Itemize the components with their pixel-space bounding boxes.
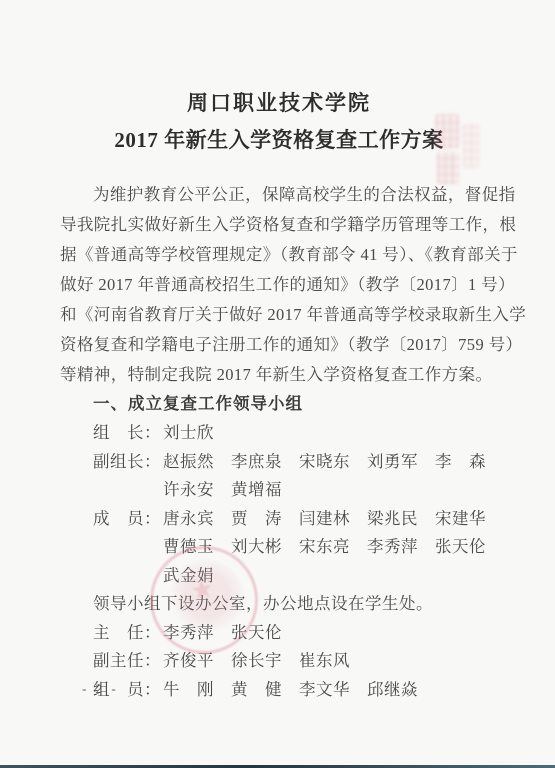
roster-role-label: 副组长：: [93, 448, 163, 477]
roster-role-label: [93, 562, 163, 591]
document-content: 周口职业技术学院 2017 年新生入学资格复查工作方案 为维护教育公平公正，保障…: [60, 0, 498, 704]
page-number: - 2 -: [82, 681, 119, 697]
roster-member-names: 李秀萍 张天伦: [163, 619, 282, 648]
section-heading-leadership-group: 一、成立复查工作领导小组: [60, 390, 498, 419]
roster-row-members: 成 员： 唐永宾 贾 涛 闫建林 梁兆民 宋建华: [93, 505, 498, 534]
roster-member-names: 齐俊平 徐长宇 崔东风: [163, 647, 350, 676]
roster-row-deputy-leaders: 副组长： 赵振然 李庶泉 宋晓东 刘勇军 李 森: [93, 448, 498, 477]
roster-row-members-cont: 曹德玉 刘大彬 宋东亮 李秀萍 张天伦: [93, 533, 498, 562]
office-location-note: 领导小组下设办公室，办公地点设在学生处。: [93, 590, 498, 619]
intro-line: 导我院扎实做好新生入学资格复查和学籍学历管理等工作，根: [60, 210, 498, 240]
intro-line: 和《河南省教育厅关于做好 2017 年普通高等学校录取新生入学: [60, 300, 498, 330]
intro-line: 据《普通高等学校管理规定》（教育部令 41 号）、《教育部关于: [60, 240, 498, 270]
roster-row-office-members: 组 员： 牛 刚 黄 健 李文华 邱继焱: [93, 676, 498, 705]
roster-role-label: 成 员：: [93, 505, 163, 534]
roster-member-names: 赵振然 李庶泉 宋晓东 刘勇军 李 森: [163, 448, 486, 477]
roster-row-office-director: 主 任： 李秀萍 张天伦: [93, 619, 498, 648]
intro-line: 等精神，特制定我院 2017 年新生入学资格复查工作方案。: [60, 360, 498, 390]
leadership-roster: 组 长： 刘士欣 副组长： 赵振然 李庶泉 宋晓东 刘勇军 李 森 许永安 黄增…: [93, 419, 498, 590]
roster-role-label: 副主任：: [93, 647, 163, 676]
roster-member-names: 曹德玉 刘大彬 宋东亮 李秀萍 张天伦: [163, 533, 486, 562]
roster-role-label: 组 长：: [93, 419, 163, 448]
roster-role-label: 主 任：: [93, 619, 163, 648]
roster-member-names: 刘士欣: [163, 419, 214, 448]
roster-member-names: 唐永宾 贾 涛 闫建林 梁兆民 宋建华: [163, 505, 486, 534]
roster-role-label: [93, 533, 163, 562]
roster-row-deputy-leaders-cont: 许永安 黄增福: [93, 476, 498, 505]
roster-member-names: 许永安 黄增福: [163, 476, 282, 505]
roster-row-office-deputy-directors: 副主任： 齐俊平 徐长宇 崔东风: [93, 647, 498, 676]
roster-member-names: 武金娟: [163, 562, 214, 591]
intro-line: 做好 2017 年普通高校招生工作的通知》（教学〔2017〕1 号）: [60, 270, 498, 300]
document-title-subject: 2017 年新生入学资格复查工作方案: [60, 127, 498, 153]
intro-paragraph: 为维护教育公平公正，保障高校学生的合法权益，督促指 导我院扎实做好新生入学资格复…: [60, 180, 498, 390]
scanned-document-page: 周口职业技术学院 2017 年新生入学资格复查工作方案 为维护教育公平公正，保障…: [0, 0, 555, 768]
intro-line: 为维护教育公平公正，保障高校学生的合法权益，督促指: [60, 180, 498, 210]
roster-row-members-cont: 武金娟: [93, 562, 498, 591]
intro-line: 资格复查和学籍电子注册工作的通知》（教学〔2017〕759 号）: [60, 330, 498, 360]
roster-role-label: [93, 476, 163, 505]
roster-row-leader: 组 长： 刘士欣: [93, 419, 498, 448]
office-roster: 主 任： 李秀萍 张天伦 副主任： 齐俊平 徐长宇 崔东风 组 员： 牛 刚 黄…: [93, 619, 498, 705]
document-title-institution: 周口职业技术学院: [60, 90, 498, 116]
roster-member-names: 牛 刚 黄 健 李文华 邱继焱: [163, 676, 418, 705]
